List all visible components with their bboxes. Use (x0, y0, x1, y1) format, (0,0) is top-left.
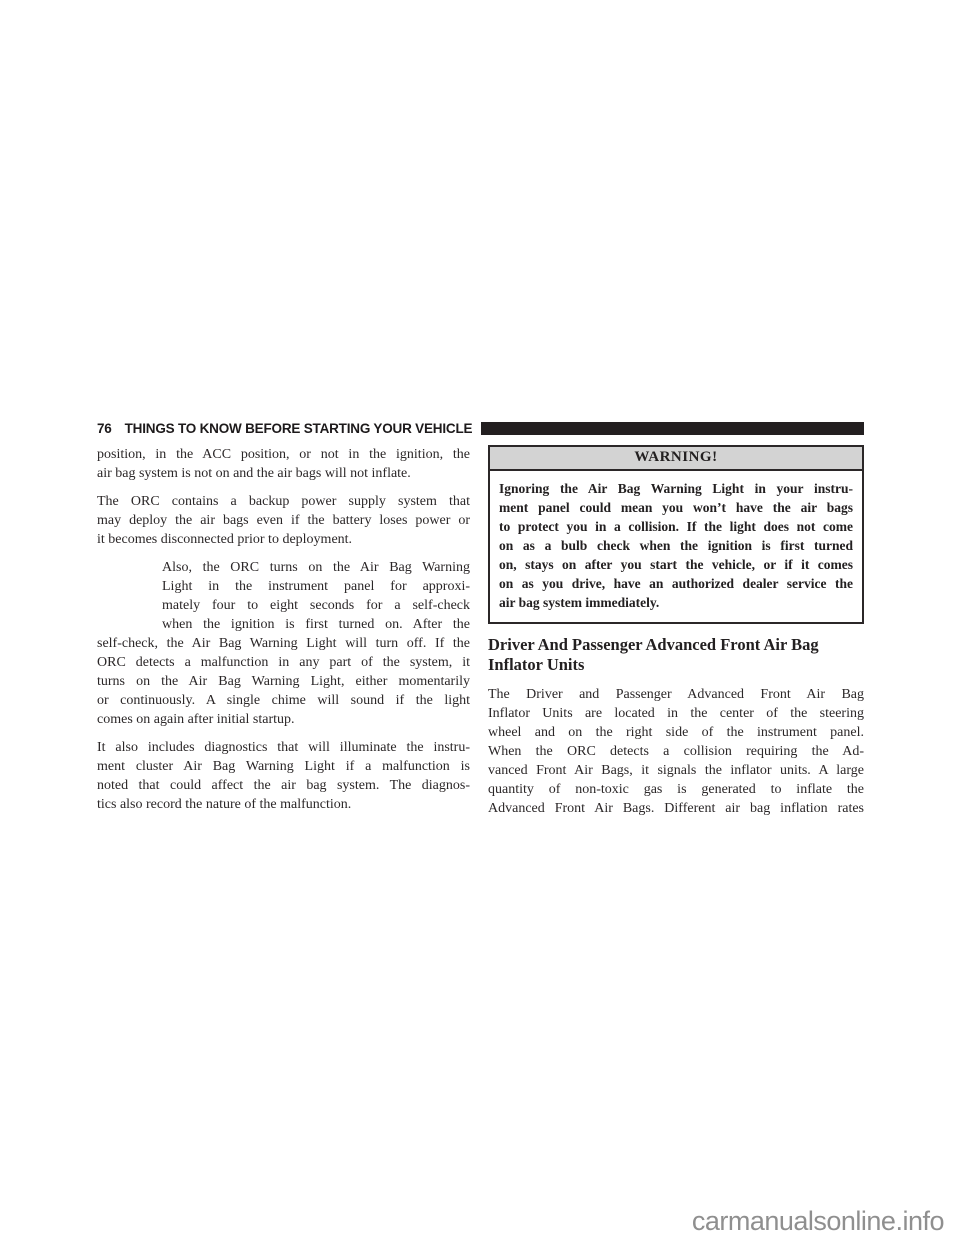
section-heading-inflator-units: Driver And Passenger Advanced Front Air … (488, 635, 864, 675)
watermark-text: carmanualsonline.info (692, 1206, 944, 1237)
text-line: Inflator Units are located in the center… (488, 704, 864, 723)
text-line: Also, the ORC turns on the Air Bag Warni… (162, 558, 470, 577)
warning-box-title: WARNING! (490, 447, 862, 471)
page-title: THINGS TO KNOW BEFORE STARTING YOUR VEHI… (125, 421, 473, 436)
text-line: ment panel could mean you won’t have the… (499, 498, 853, 517)
right-column: WARNING! Ignoring the Air Bag Warning Li… (488, 445, 864, 827)
text-line: Advanced Front Air Bags. Different air b… (488, 799, 864, 818)
paragraph-inflator-units: The Driver and Passenger Advanced Front … (488, 685, 864, 818)
text-line: self-check, the Air Bag Warning Light wi… (97, 634, 470, 653)
header-rule-bar (481, 422, 864, 435)
text-line: quantity of non-toxic gas is generated t… (488, 780, 864, 799)
paragraph-orc-backup-power: The ORC contains a backup power supply s… (97, 492, 470, 549)
airbag-warning-light-icon-placeholder (97, 558, 162, 634)
text-line: air bag system immediately. (499, 593, 853, 612)
paragraph-diagnostics: It also includes diagnostics that will i… (97, 738, 470, 814)
text-line: Inflator Units (488, 655, 864, 675)
text-line: on as a bulb check when the ignition is … (499, 536, 853, 555)
text-line: wheel and on the right side of the instr… (488, 723, 864, 742)
left-column: position, in the ACC position, or not in… (97, 445, 470, 827)
text-line: or continuously. A single chime will sou… (97, 691, 470, 710)
text-line: It also includes diagnostics that will i… (97, 738, 470, 757)
text-line: may deploy the air bags even if the batt… (97, 511, 470, 530)
text-line: ment cluster Air Bag Warning Light if a … (97, 757, 470, 776)
text-line: on, stays on after you start the vehicle… (499, 555, 853, 574)
text-line: it becomes disconnected prior to deploym… (97, 530, 470, 549)
paragraph-self-check: Also, the ORC turns on the Air Bag Warni… (97, 558, 470, 729)
text-line: vanced Front Air Bags, it signals the in… (488, 761, 864, 780)
text-line: on as you drive, have an authorized deal… (499, 574, 853, 593)
text-line: Light in the instrument panel for approx… (162, 577, 470, 596)
text-line: turns on the Air Bag Warning Light, eith… (97, 672, 470, 691)
page-header: 76 THINGS TO KNOW BEFORE STARTING YOUR V… (97, 420, 864, 437)
warning-box: WARNING! Ignoring the Air Bag Warning Li… (488, 445, 864, 624)
text-line: tics also record the nature of the malfu… (97, 795, 470, 814)
text-line: noted that could affect the air bag syst… (97, 776, 470, 795)
warning-box-body: Ignoring the Air Bag Warning Light in yo… (490, 471, 862, 622)
manual-page: 76 THINGS TO KNOW BEFORE STARTING YOUR V… (0, 0, 960, 1242)
text-line: Driver And Passenger Advanced Front Air … (488, 635, 864, 655)
text-line: position, in the ACC position, or not in… (97, 445, 470, 464)
text-line: Ignoring the Air Bag Warning Light in yo… (499, 479, 853, 498)
text-line: when the ignition is first turned on. Af… (162, 615, 470, 634)
page-number: 76 (97, 421, 112, 436)
text-line: The ORC contains a backup power supply s… (97, 492, 470, 511)
text-line: ORC detects a malfunction in any part of… (97, 653, 470, 672)
page-content: 76 THINGS TO KNOW BEFORE STARTING YOUR V… (97, 420, 864, 827)
paragraph-ignition-position: position, in the ACC position, or not in… (97, 445, 470, 483)
text-line: mately four to eight seconds for a self-… (162, 596, 470, 615)
text-line: When the ORC detects a collision requiri… (488, 742, 864, 761)
two-column-layout: position, in the ACC position, or not in… (97, 445, 864, 827)
text-line: The Driver and Passenger Advanced Front … (488, 685, 864, 704)
text-line: air bag system is not on and the air bag… (97, 464, 470, 483)
text-line: to protect you in a collision. If the li… (499, 517, 853, 536)
text-line: comes on again after initial startup. (97, 710, 470, 729)
